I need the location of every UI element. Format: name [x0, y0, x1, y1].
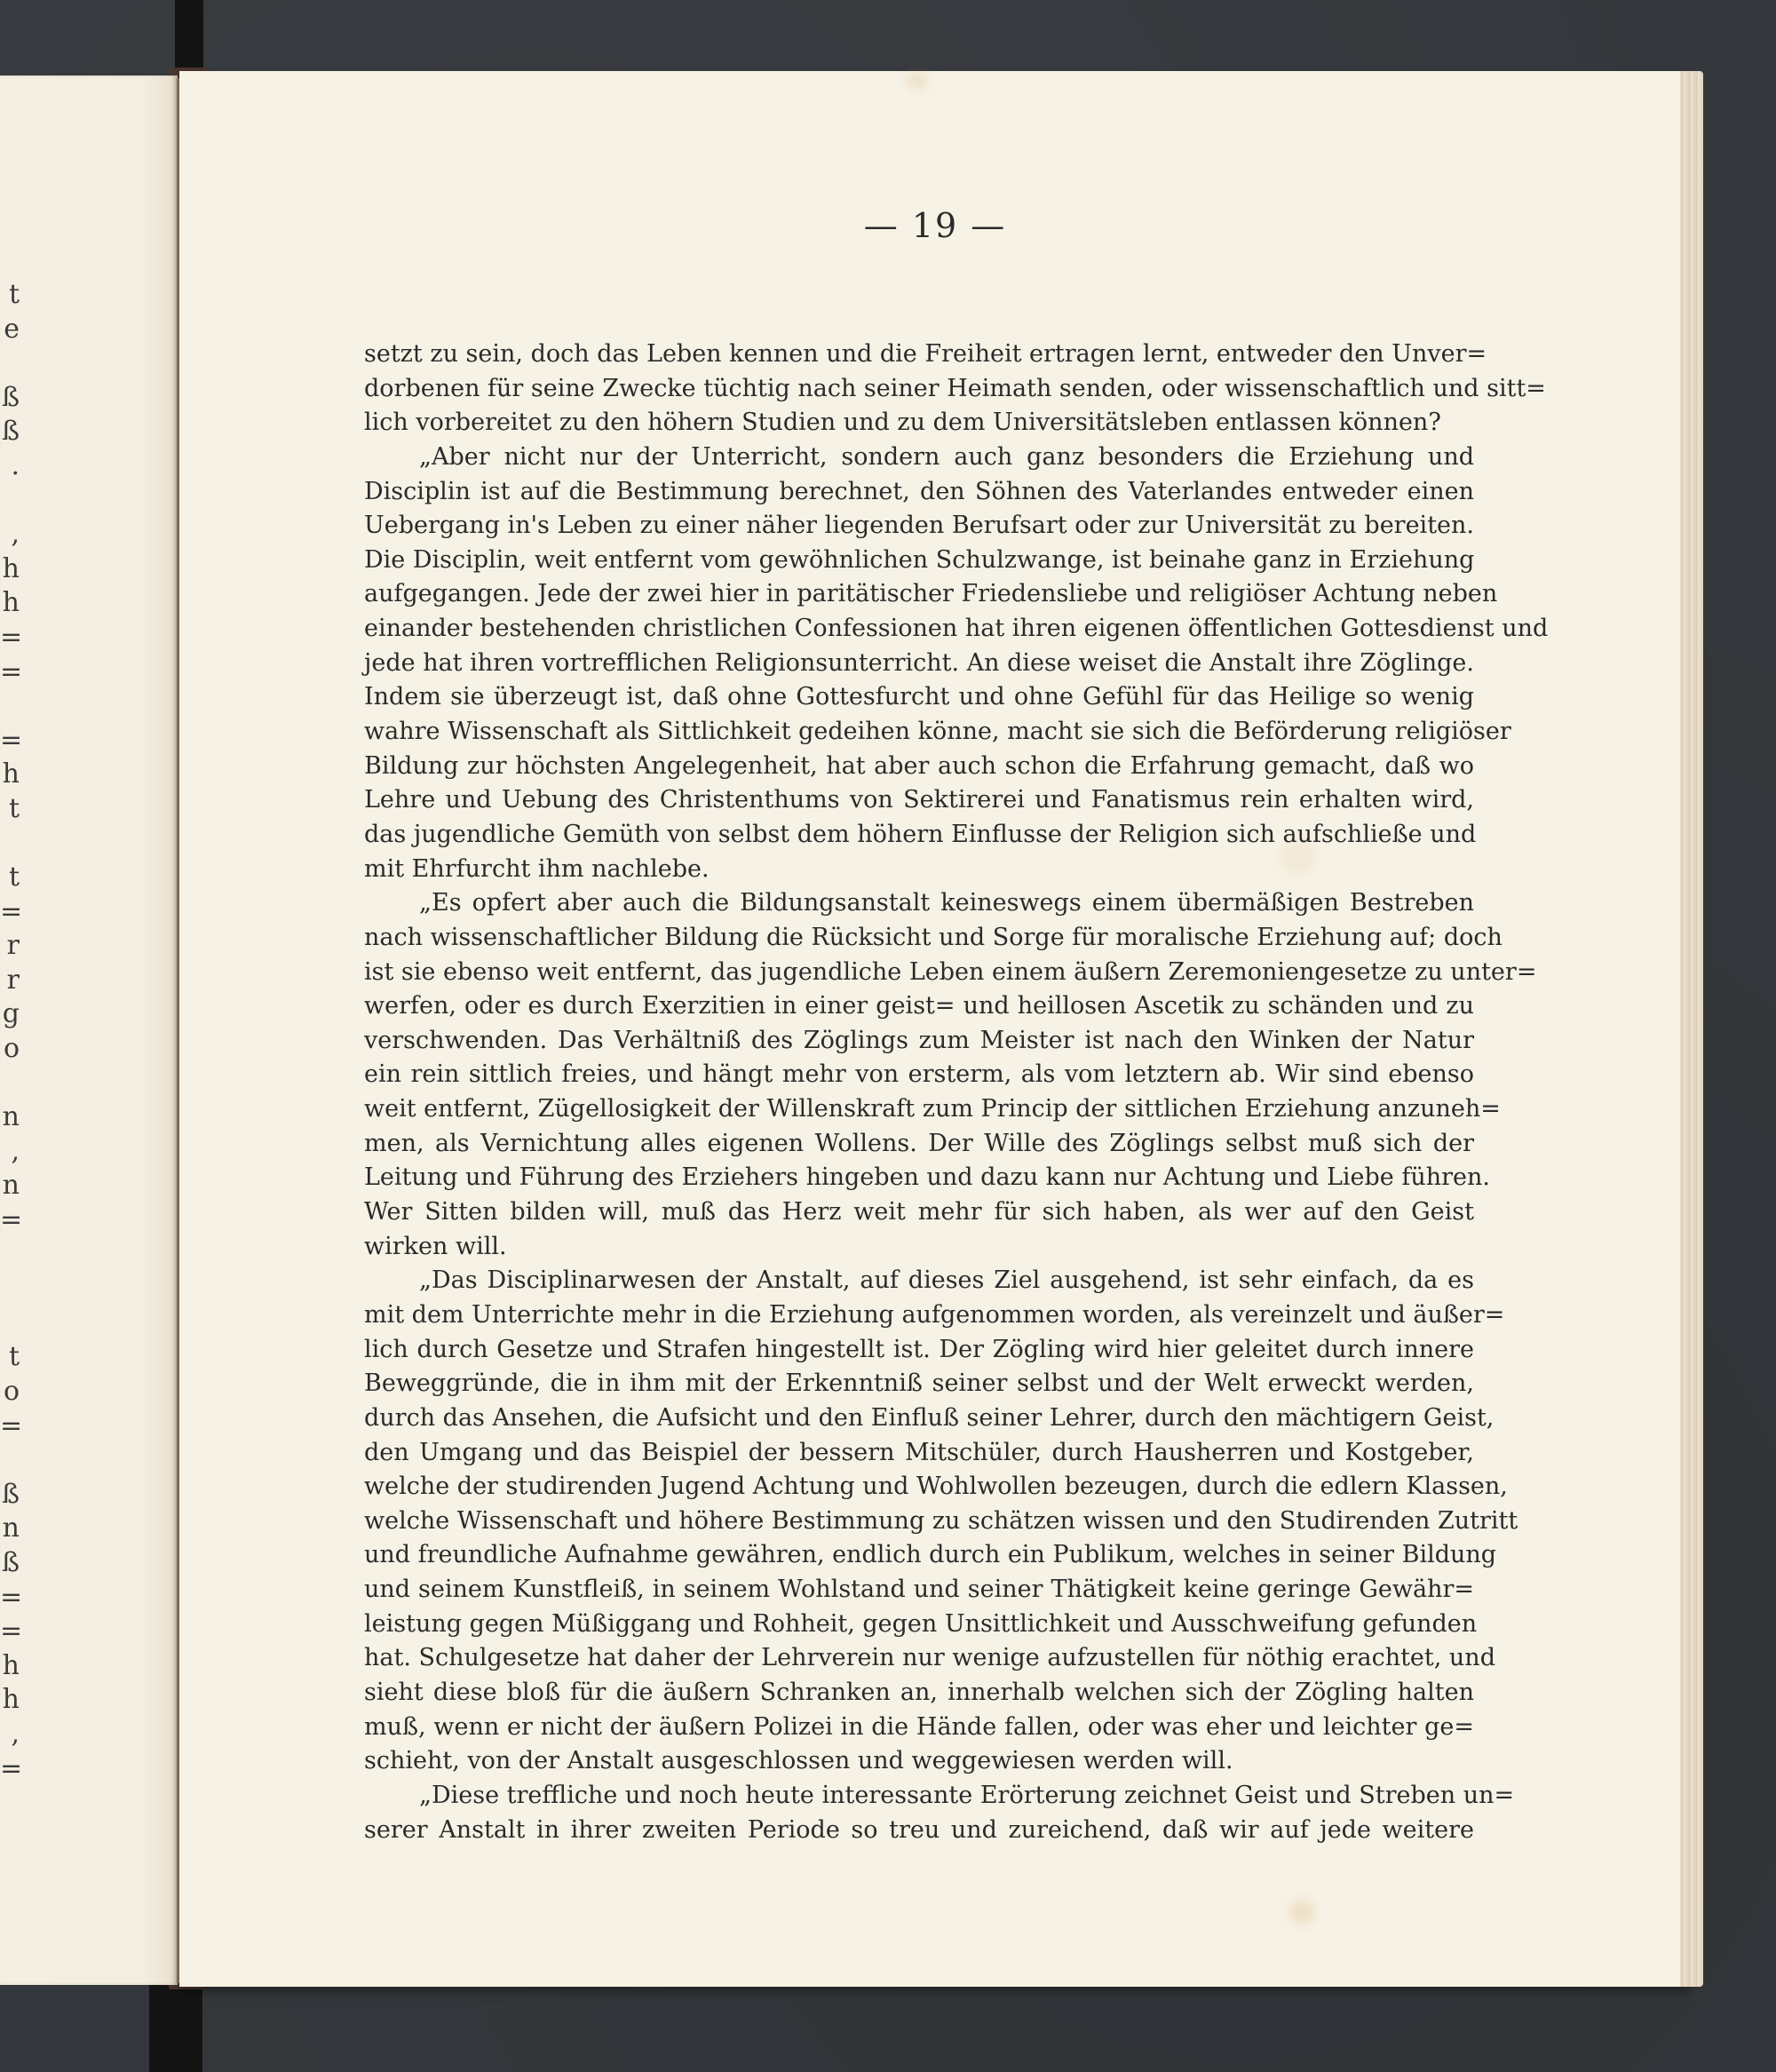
text-line: leistung gegen Müßiggang und Rohheit, ge…	[364, 1608, 1474, 1642]
text-line: Indem sie überzeugt ist, daß ohne Gottes…	[364, 680, 1474, 715]
text-line: das jugendliche Gemüth von selbst dem hö…	[364, 818, 1474, 853]
left-page-fragment	[0, 689, 20, 724]
left-page-fragment: h	[0, 552, 20, 587]
text-line: ist sie ebenso weit entfernt, das jugend…	[364, 956, 1474, 990]
left-page-fragment	[0, 827, 20, 861]
left-page-fragment: =	[0, 895, 20, 930]
text-line: welche der studirenden Jugend Achtung un…	[364, 1470, 1474, 1504]
left-page-fragment	[0, 346, 20, 381]
left-page-fragment: t	[0, 1340, 20, 1375]
text-line: wahre Wissenschaft als Sittlichkeit gede…	[364, 715, 1474, 750]
text-line: jede hat ihren vortrefflichen Religionsu…	[364, 647, 1474, 681]
book-spine-top	[175, 0, 203, 78]
text-line: mit Ehrfurcht ihm nachlebe.	[364, 853, 1474, 887]
text-line: „Diese treffliche und noch heute interes…	[364, 1779, 1474, 1814]
left-page-fragment: h	[0, 1683, 20, 1718]
left-page-fragment: ß	[0, 1478, 20, 1512]
text-line: „Das Disciplinarwesen der Anstalt, auf d…	[364, 1264, 1474, 1298]
paper-stain	[1289, 1901, 1314, 1924]
left-page-fragment: ß	[0, 381, 20, 416]
text-line: „Es opfert aber auch die Bildungsanstalt…	[364, 886, 1474, 921]
left-page-fragment: n	[0, 1512, 20, 1546]
text-line: welche Wissenschaft und höhere Bestimmun…	[364, 1504, 1474, 1539]
text-line: Beweggründe, die in ihm mit der Erkenntn…	[364, 1367, 1474, 1401]
left-page-fragment: ,	[0, 1135, 20, 1170]
left-page-fragment: n	[0, 1100, 20, 1135]
left-page-fragment: =	[0, 621, 20, 655]
text-line: durch das Ansehen, die Aufsicht und den …	[364, 1401, 1474, 1436]
left-page-fragment: r	[0, 929, 20, 964]
left-page-fragment: =	[0, 1752, 20, 1787]
text-line: sieht diese bloß für die äußern Schranke…	[364, 1676, 1474, 1711]
left-page-fragment: r	[0, 964, 20, 998]
left-page-fragment	[0, 484, 20, 519]
text-line: Leitung und Führung des Erziehers hingeb…	[364, 1161, 1474, 1195]
left-page-fragment: h	[0, 1649, 20, 1684]
left-page-fragment: o	[0, 1032, 20, 1067]
left-page-fragment	[0, 1443, 20, 1478]
left-page-fragment	[0, 1306, 20, 1341]
left-page-fragment: t	[0, 278, 20, 313]
left-page-fragment: t	[0, 792, 20, 827]
text-line: muß, wenn er nicht der äußern Polizei in…	[364, 1711, 1474, 1745]
right-page: — 19 — setzt zu sein, doch das Leben ken…	[179, 71, 1691, 1987]
left-page-fragment: ,	[0, 1718, 20, 1752]
text-line: mit dem Unterrichte mehr in die Erziehun…	[364, 1298, 1474, 1333]
body-text: setzt zu sein, doch das Leben kennen und…	[364, 337, 1474, 1847]
text-line: „Aber nicht nur der Unterricht, sondern …	[364, 441, 1474, 475]
text-line: setzt zu sein, doch das Leben kennen und…	[364, 337, 1474, 372]
left-page-fragment: h	[0, 586, 20, 621]
text-line: men, als Vernichtung alles eigenen Wolle…	[364, 1127, 1474, 1162]
left-page-fragment: ,	[0, 518, 20, 552]
left-page-fragment: =	[0, 1581, 20, 1616]
left-page-fragment: =	[0, 1615, 20, 1649]
text-line: serer Anstalt in ihrer zweiten Periode s…	[364, 1814, 1474, 1848]
left-page-fragment: ß	[0, 415, 20, 449]
page-edges-stack	[1680, 71, 1703, 1987]
text-line: Uebergang in's Leben zu einer näher lieg…	[364, 509, 1474, 544]
text-line: einander bestehenden christlichen Confes…	[364, 612, 1474, 647]
text-line: nach wissenschaftlicher Bildung die Rück…	[364, 921, 1474, 956]
text-line: weit entfernt, Zügellosigkeit der Willen…	[364, 1092, 1474, 1127]
text-line: dorbenen für seine Zwecke tüchtig nach s…	[364, 372, 1474, 407]
left-page-fragment: o	[0, 1375, 20, 1409]
text-line: und freundliche Aufnahme gewähren, endli…	[364, 1538, 1474, 1573]
text-line: Bildung zur höchsten Angelegenheit, hat …	[364, 750, 1474, 784]
left-page-fragment: =	[0, 1203, 20, 1238]
text-line: wirken will.	[364, 1230, 1474, 1265]
text-line: lich vorbereitet zu den höhern Studien u…	[364, 406, 1474, 441]
text-line: den Umgang und das Beispiel der bessern …	[364, 1436, 1474, 1471]
left-page-fragment: e	[0, 313, 20, 347]
left-page-fragment: ß	[0, 1546, 20, 1581]
text-line: Die Disciplin, weit entfernt vom gewöhnl…	[364, 544, 1474, 578]
text-line: werfen, oder es durch Exerzitien in eine…	[364, 989, 1474, 1024]
left-page-fragment: h	[0, 758, 20, 792]
text-line: aufgegangen. Jede der zwei hier in parit…	[364, 577, 1474, 612]
paper-stain	[908, 73, 927, 89]
text-line: lich durch Gesetze und Strafen hingestel…	[364, 1333, 1474, 1368]
page-number: — 19 —	[179, 206, 1691, 245]
left-page-fragment	[0, 1238, 20, 1273]
left-page-fragment: .	[0, 449, 20, 484]
text-line: und seinem Kunstfleiß, in seinem Wohlsta…	[364, 1573, 1474, 1608]
text-line: Disciplin ist auf die Bestimmung berechn…	[364, 475, 1474, 510]
text-line: hat. Schulgesetze hat daher der Lehrvere…	[364, 1641, 1474, 1676]
text-line: ein rein sittlich freies, und hängt mehr…	[364, 1058, 1474, 1092]
left-page-fragment: =	[0, 1409, 20, 1444]
text-line: Lehre und Uebung des Christenthums von S…	[364, 783, 1474, 818]
left-page-fragment: t	[0, 861, 20, 895]
left-page-fragment	[0, 1067, 20, 1101]
left-page-fragment: =	[0, 655, 20, 690]
left-page-fragment	[0, 1272, 20, 1306]
left-page-text-fragments: teßß.,hh===htt=rrgon,n=to=ßnß==hh,=	[0, 75, 20, 1786]
book-spine-bottom	[149, 1982, 202, 2072]
left-page-fragment: g	[0, 997, 20, 1032]
text-line: verschwenden. Das Verhältniß des Zögling…	[364, 1024, 1474, 1059]
text-line: Wer Sitten bilden will, muß das Herz wei…	[364, 1195, 1474, 1230]
left-page-edge: teßß.,hh===htt=rrgon,n=to=ßnß==hh,=	[0, 75, 178, 1985]
left-page-fragment: =	[0, 724, 20, 758]
left-page-fragment: n	[0, 1169, 20, 1203]
text-line: schieht, von der Anstalt ausgeschlossen …	[364, 1744, 1474, 1779]
